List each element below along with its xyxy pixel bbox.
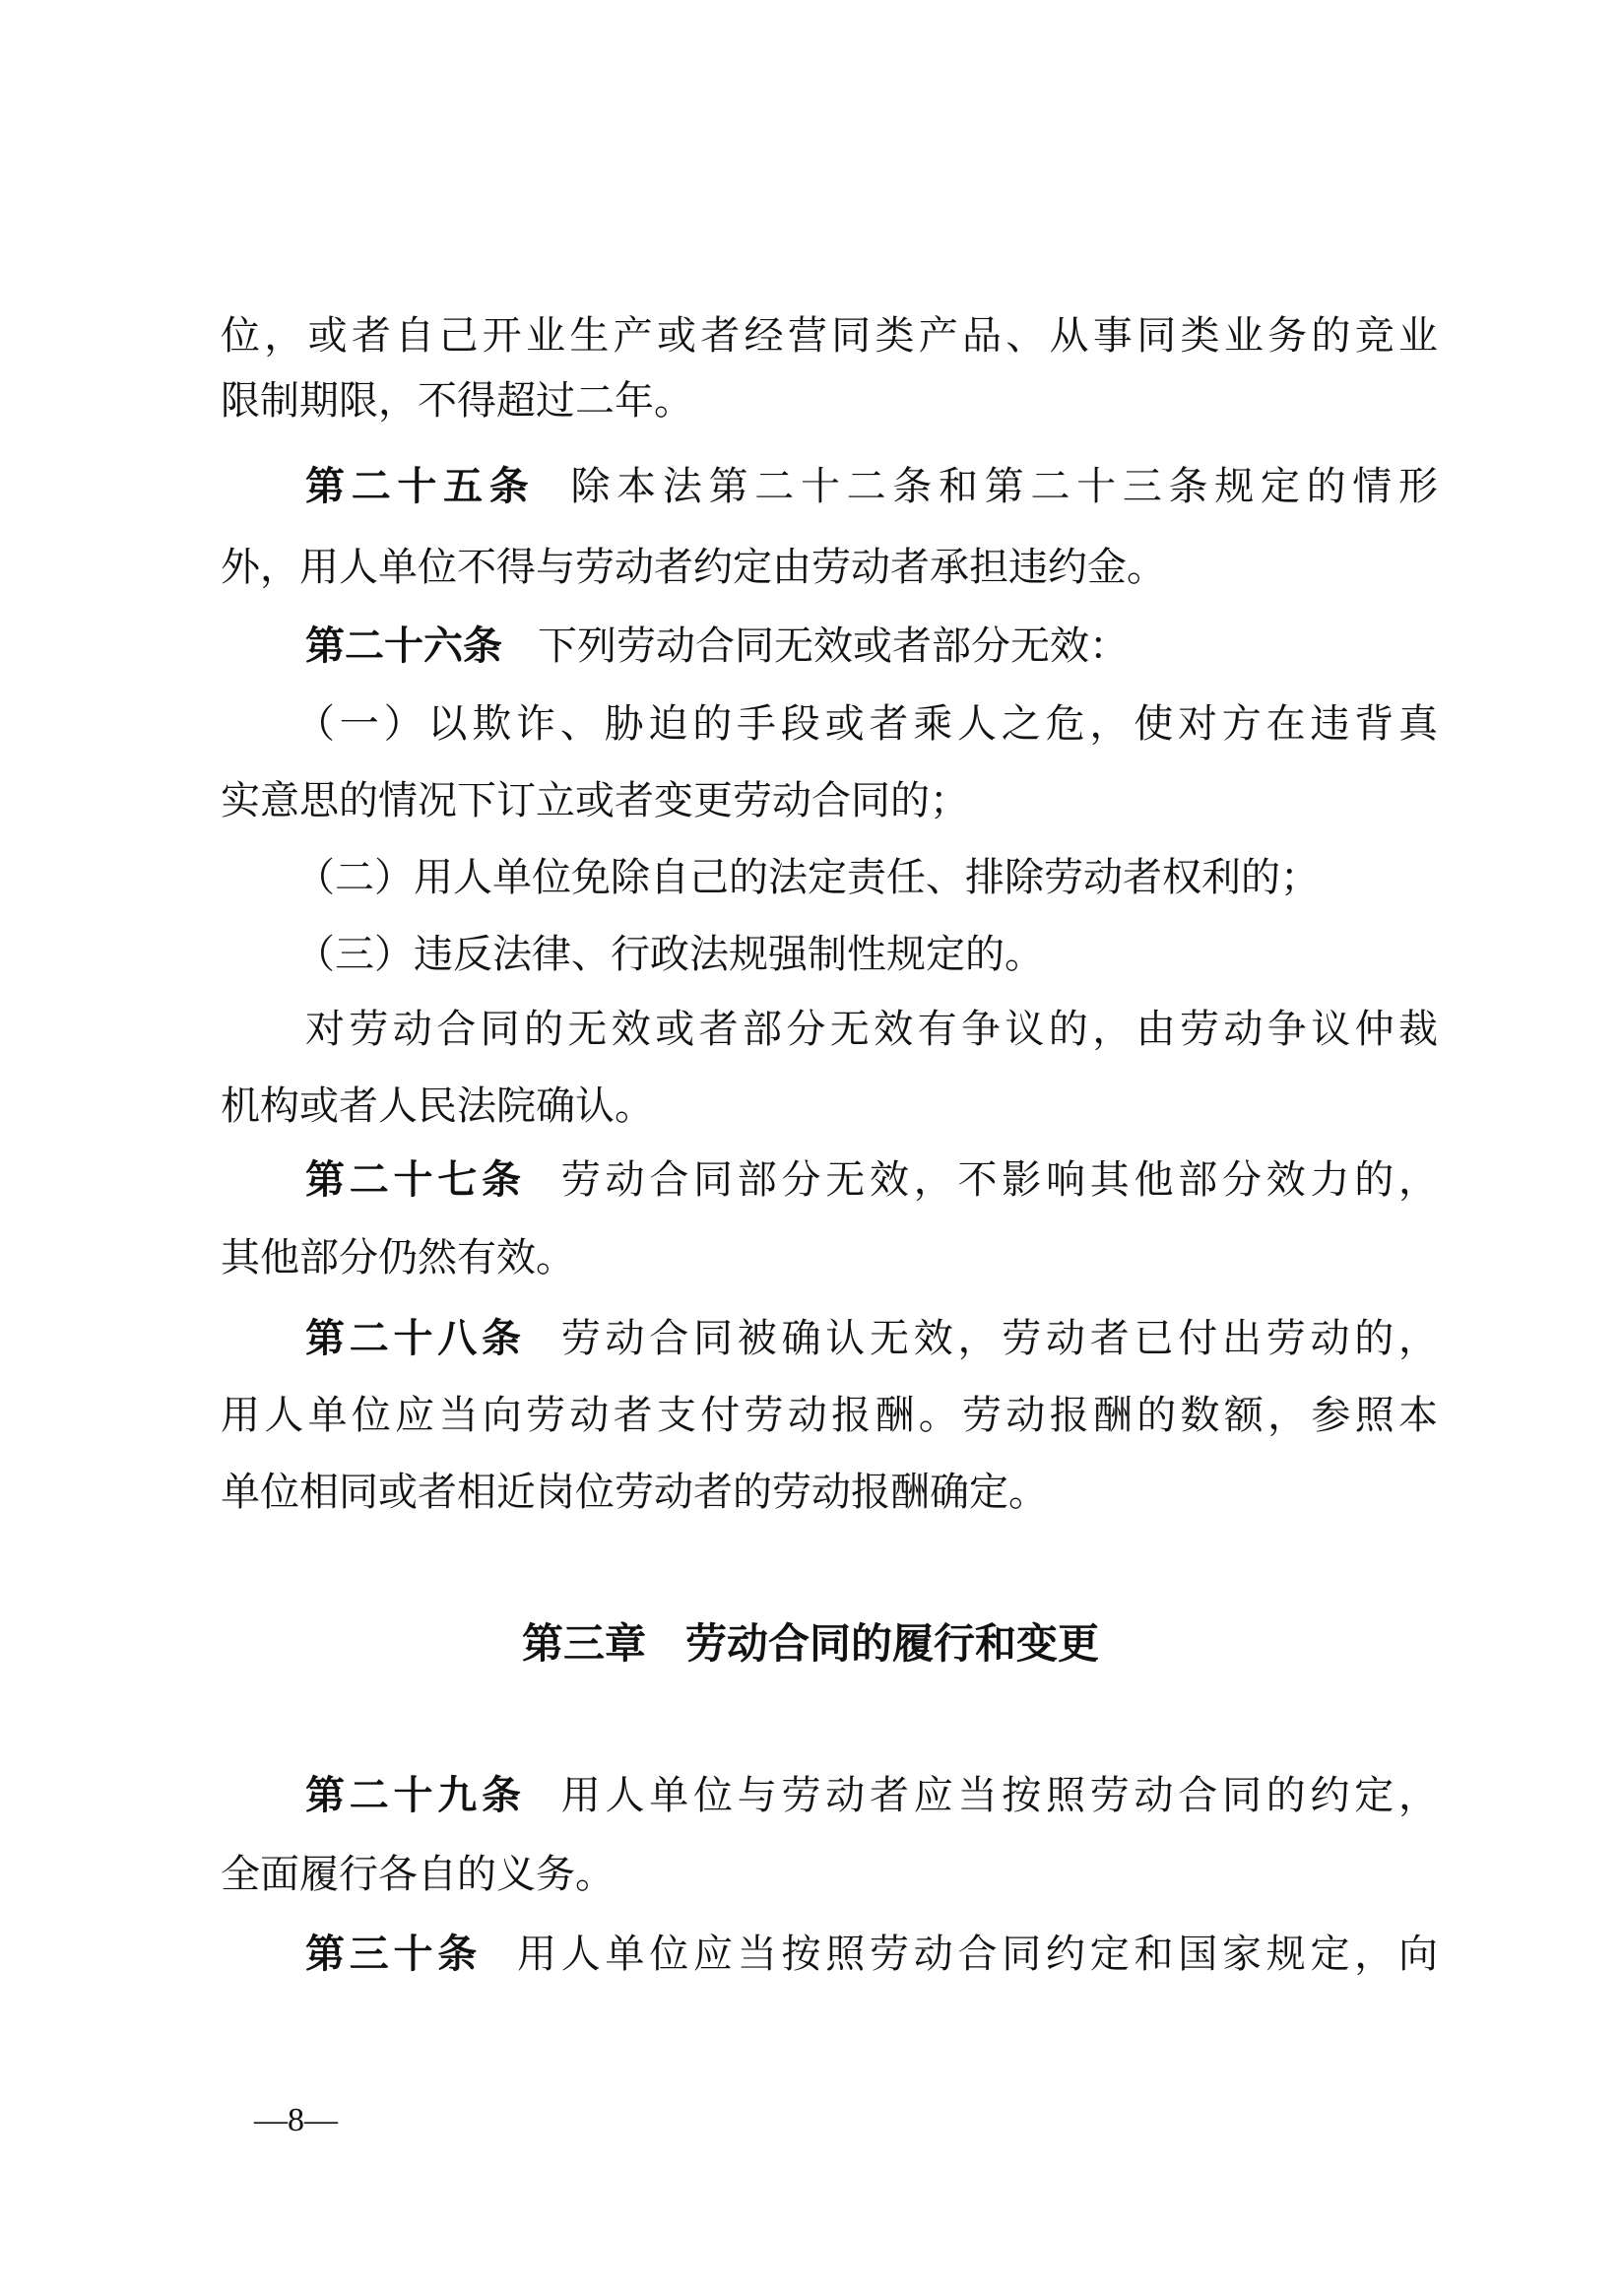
text-line: 其他部分仍然有效。 — [221, 1228, 1438, 1287]
text-line: 位，或者自己开业生产或者经营同类产品、从事同类业务的竞业 — [221, 306, 1438, 365]
text-line: 对劳动合同的无效或者部分无效有争议的，由劳动争议仲裁 — [305, 1000, 1438, 1059]
article-25: 第二十五条除本法第二十二条和第二十三条规定的情形 — [305, 457, 1438, 516]
article-label: 第二十八条 — [305, 1316, 526, 1361]
article-text: 劳动合同部分无效，不影响其他部分效力的， — [561, 1157, 1438, 1203]
text-line: 机构或者人民法院确认。 — [221, 1077, 1438, 1136]
article-text: 除本法第二十二条和第二十三条规定的情形 — [570, 464, 1438, 509]
article-text: 下列劳动合同无效或者部分无效： — [538, 623, 1129, 669]
article-27: 第二十七条劳动合同部分无效，不影响其他部分效力的， — [305, 1150, 1438, 1210]
text-line: 限制期限，不得超过二年。 — [221, 371, 1438, 430]
article-text: 用人单位应当按照劳动合同约定和国家规定，向 — [517, 1932, 1438, 1977]
article-30: 第三十条用人单位应当按照劳动合同约定和国家规定，向 — [305, 1925, 1438, 1984]
text-line: 实意思的情况下订立或者变更劳动合同的； — [221, 771, 1438, 830]
article-text: 劳动合同被确认无效，劳动者已付出劳动的， — [561, 1316, 1438, 1361]
list-item: （三）违反法律、行政法规强制性规定的。 — [295, 925, 1428, 984]
list-item: （二）用人单位免除自己的法定责任、排除劳动者权利的； — [295, 848, 1428, 907]
text-line: 单位相同或者相近岗位劳动者的劳动报酬确定。 — [221, 1463, 1438, 1522]
text-line: 用人单位应当向劳动者支付劳动报酬。劳动报酬的数额，参照本 — [221, 1386, 1438, 1445]
article-26: 第二十六条下列劳动合同无效或者部分无效： — [305, 617, 1438, 676]
article-label: 第三十条 — [305, 1932, 482, 1977]
article-text: 用人单位与劳动者应当按照劳动合同的约定， — [561, 1773, 1438, 1818]
chapter-title: 劳动合同的履行和变更 — [685, 1619, 1099, 1668]
list-item: （一）以欺诈、胁迫的手段或者乘人之危，使对方在违背真 — [295, 694, 1438, 754]
article-label: 第二十六条 — [305, 623, 502, 669]
article-label: 第二十五条 — [305, 464, 535, 509]
article-28: 第二十八条劳动合同被确认无效，劳动者已付出劳动的， — [305, 1309, 1438, 1368]
chapter-number: 第三章 — [522, 1619, 646, 1668]
article-label: 第二十九条 — [305, 1773, 526, 1818]
page-number: —8— — [254, 2098, 338, 2143]
article-label: 第二十七条 — [305, 1157, 526, 1203]
article-29: 第二十九条用人单位与劳动者应当按照劳动合同的约定， — [305, 1766, 1438, 1825]
text-line: 外，用人单位不得与劳动者约定由劳动者承担违约金。 — [221, 538, 1438, 597]
text-line: 全面履行各自的义务。 — [221, 1845, 1438, 1904]
chapter-heading: 第三章劳动合同的履行和变更 — [0, 1614, 1621, 1673]
